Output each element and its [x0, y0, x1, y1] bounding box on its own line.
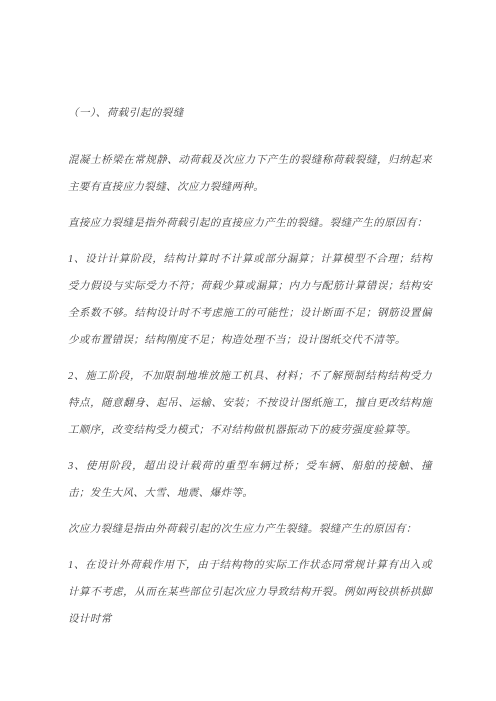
document-page: （一）、荷载引起的裂缝 混凝土桥梁在常规静、动荷载及次应力下产生的裂缝称荷载裂缝…	[0, 0, 496, 701]
paragraph-direct-stress-crack-intro: 直接应力裂缝是指外荷载引起的直接应力产生的裂缝。裂缝产生的原因有：	[68, 210, 432, 237]
paragraph-usage-stage: 3、使用阶段，超出设计载荷的重型车辆过桥；受车辆、船舶的接触、撞击；发生大风、大…	[68, 453, 432, 507]
paragraph-load-crack-intro: 混凝土桥梁在常规静、动荷载及次应力下产生的裂缝称荷载裂缝，归纳起来主要有直接应力…	[68, 147, 432, 201]
paragraph-secondary-stress-cause: 1、在设计外荷载作用下，由于结构物的实际工作状态同常规计算有出入或计算不考虑，从…	[68, 552, 432, 633]
paragraph-construction-stage: 2、施工阶段，不加限制地堆放施工机具、材料；不了解预制结构结构受力特点，随意翻身…	[68, 363, 432, 444]
paragraph-design-stage: 1、设计计算阶段，结构计算时不计算或部分漏算；计算模型不合理；结构受力假设与实际…	[68, 246, 432, 354]
paragraph-secondary-stress-crack-intro: 次应力裂缝是指由外荷载引起的次生应力产生裂缝。裂缝产生的原因有：	[68, 516, 432, 543]
section-heading: （一）、荷载引起的裂缝	[68, 100, 432, 127]
